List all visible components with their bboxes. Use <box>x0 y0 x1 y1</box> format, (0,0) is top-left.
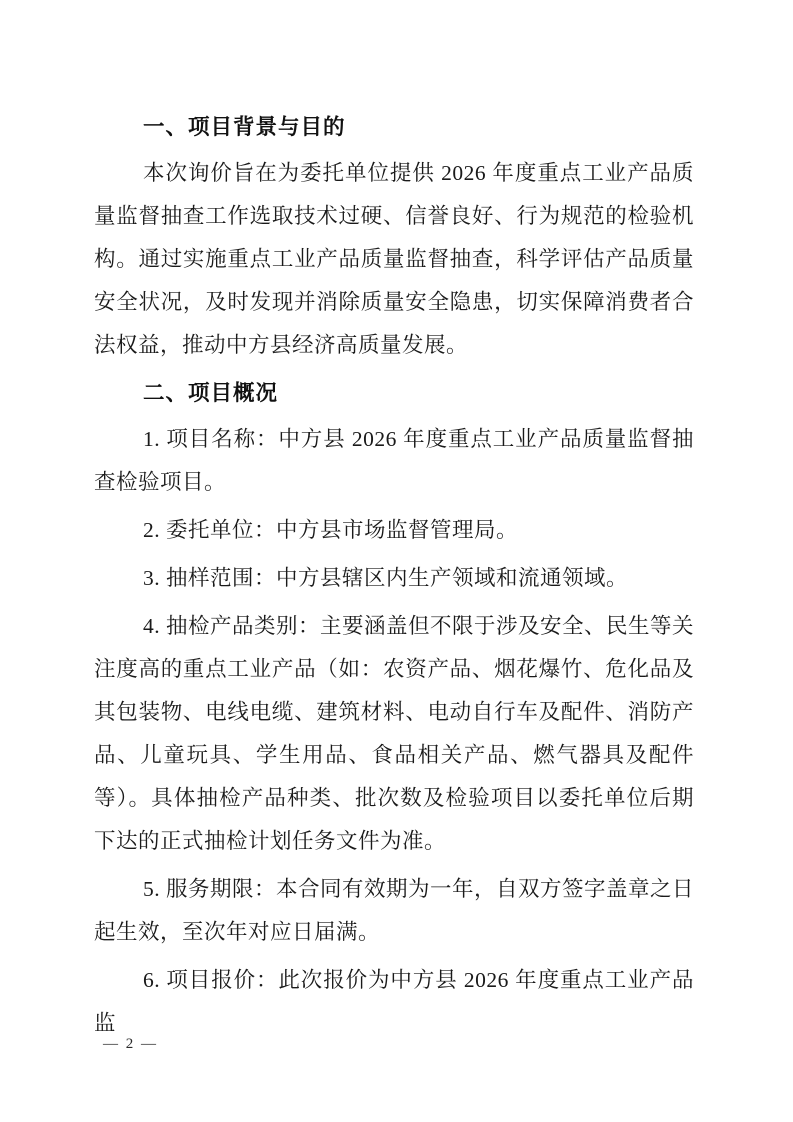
list-item-product-categories: 4. 抽检产品类别：主要涵盖但不限于涉及安全、民生等关注度高的重点工业产品（如：… <box>94 605 694 863</box>
document-content: 一、项目背景与目的 本次询价旨在为委托单位提供 2026 年度重点工业产品质量监… <box>94 106 694 1050</box>
list-item-client-unit: 2. 委托单位：中方县市场监督管理局。 <box>94 509 694 552</box>
list-item-sampling-scope: 3. 抽样范围：中方县辖区内生产领域和流通领域。 <box>94 557 694 600</box>
section-heading-background: 一、项目背景与目的 <box>94 106 694 149</box>
list-item-service-period: 5. 服务期限：本合同有效期为一年，自双方签字盖章之日起生效，至次年对应日届满。 <box>94 868 694 954</box>
page-number: — 2 — <box>103 1036 158 1053</box>
paragraph-background: 本次询价旨在为委托单位提供 2026 年度重点工业产品质量监督抽查工作选取技术过… <box>94 152 694 367</box>
list-item-project-quote: 6. 项目报价：此次报价为中方县 2026 年度重点工业产品监 <box>94 959 694 1045</box>
document-page: 一、项目背景与目的 本次询价旨在为委托单位提供 2026 年度重点工业产品质量监… <box>0 0 793 1122</box>
list-item-project-name: 1. 项目名称：中方县 2026 年度重点工业产品质量监督抽查检验项目。 <box>94 418 694 504</box>
section-heading-overview: 二、项目概况 <box>94 372 694 415</box>
